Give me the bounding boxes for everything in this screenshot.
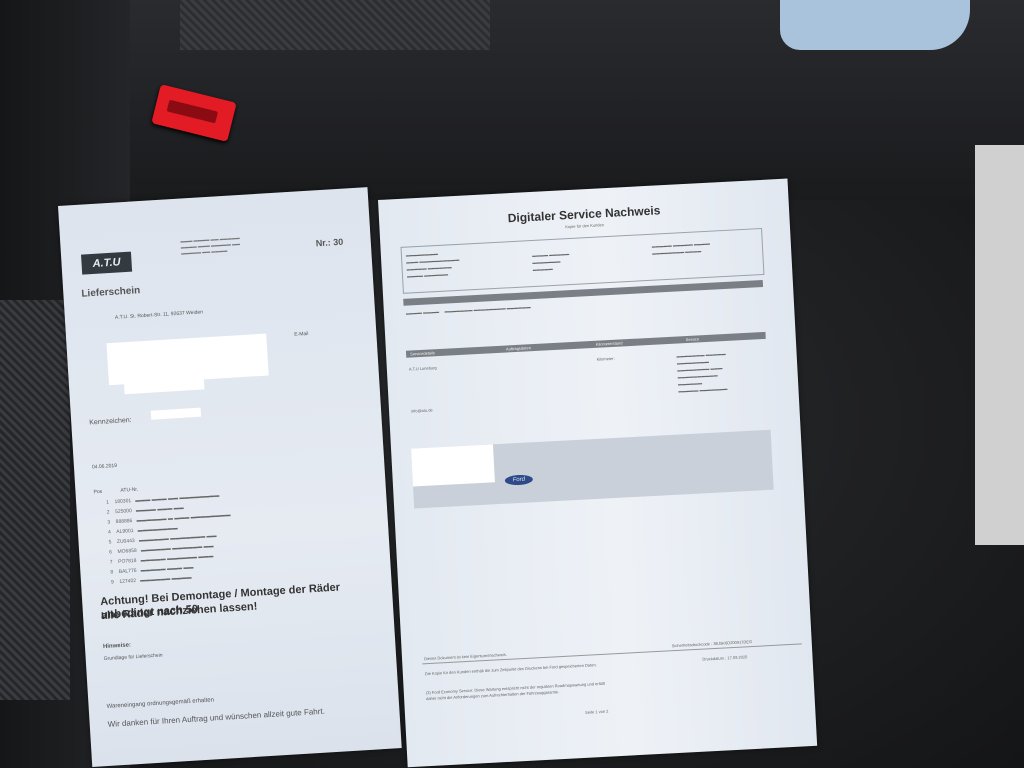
door-panel: [975, 145, 1024, 545]
section-kilometerstand: Kilometerstand: [596, 340, 623, 346]
dealer-email: info@atu.de: [411, 407, 433, 413]
section-service: Service: [686, 336, 700, 342]
hinweise-label: Hinweise:: [103, 642, 131, 650]
closing-line-2: Wir danken für Ihren Auftrag und wünsche…: [107, 707, 325, 729]
service-entry: ▬▬▬▬ ▬▬▬▬ ▬▬▬▬▬▬▬ ▬▬▬▬▬▬▬▬ ▬▬▬▬▬▬: [406, 304, 531, 316]
document-date: 04.06.2019: [92, 463, 117, 471]
print-date: Druckdatum : 17.09.2020: [702, 654, 747, 661]
seat-fabric-pattern: [180, 0, 490, 50]
kennzeichen-label: Kennzeichen:: [89, 417, 132, 427]
document-title: Lieferschein: [81, 285, 140, 300]
delivery-note-document: A.T.U ▬▬▬ ▬▬▬▬ ▬▬ ▬▬▬▬▬▬▬▬▬ ▬▬▬ ▬▬▬▬▬ ▬▬…: [58, 187, 402, 767]
closing-line-1: Wareneingang ordnungsgemäß erhalten: [106, 697, 214, 710]
hinweise-text: Grundlage für Lieferschein: [104, 652, 163, 662]
col-atu-nr: ATU-Nr.: [120, 487, 138, 494]
footer-text-2: (3) Ford Economy Service: Diese Wartung …: [426, 680, 616, 702]
footer-text-1: Die Kopie für den Kunden enthält die zum…: [425, 662, 605, 677]
seat-fabric-insert: [0, 300, 70, 700]
service-record-document: Digitaler Service Nachweis Kopie für den…: [378, 179, 817, 768]
sender-address: A.T.U. St. Robert-Str. 11, 92637 Weiden: [115, 309, 203, 320]
dealer-name: A.T.U Luneburg: [409, 365, 437, 371]
section-servicedetails: Servicedetails: [410, 350, 435, 356]
section-auftragsdaten: Auftragsdaten: [506, 345, 531, 351]
page-number: Seite 1 von 2: [585, 709, 609, 715]
company-address-block: ▬▬▬ ▬▬▬▬ ▬▬ ▬▬▬▬▬▬▬▬▬ ▬▬▬ ▬▬▬▬▬ ▬▬▬▬▬▬▬ …: [180, 231, 301, 256]
mileage-label: Kilometer:: [597, 356, 615, 362]
items-table: 1 180301 ▬▬▬ ▬▬▬ ▬▬ ▬▬▬▬▬▬▬▬ 2 525000 ▬▬…: [106, 484, 371, 590]
atu-logo: A.T.U: [81, 252, 132, 275]
service-details: ▬▬▬▬▬▬▬ ▬▬▬▬▬▬▬▬▬▬▬▬▬▬▬▬▬▬▬▬▬ ▬▬▬▬▬▬▬▬▬▬…: [676, 350, 727, 395]
document-number: Nr.: 30: [315, 237, 343, 249]
redacted-plate: [151, 408, 201, 420]
email-label: E-Mail: [294, 331, 309, 338]
blue-cloth: [780, 0, 970, 50]
col-pos: Pos: [93, 489, 102, 496]
redacted-dealer: [411, 444, 495, 486]
